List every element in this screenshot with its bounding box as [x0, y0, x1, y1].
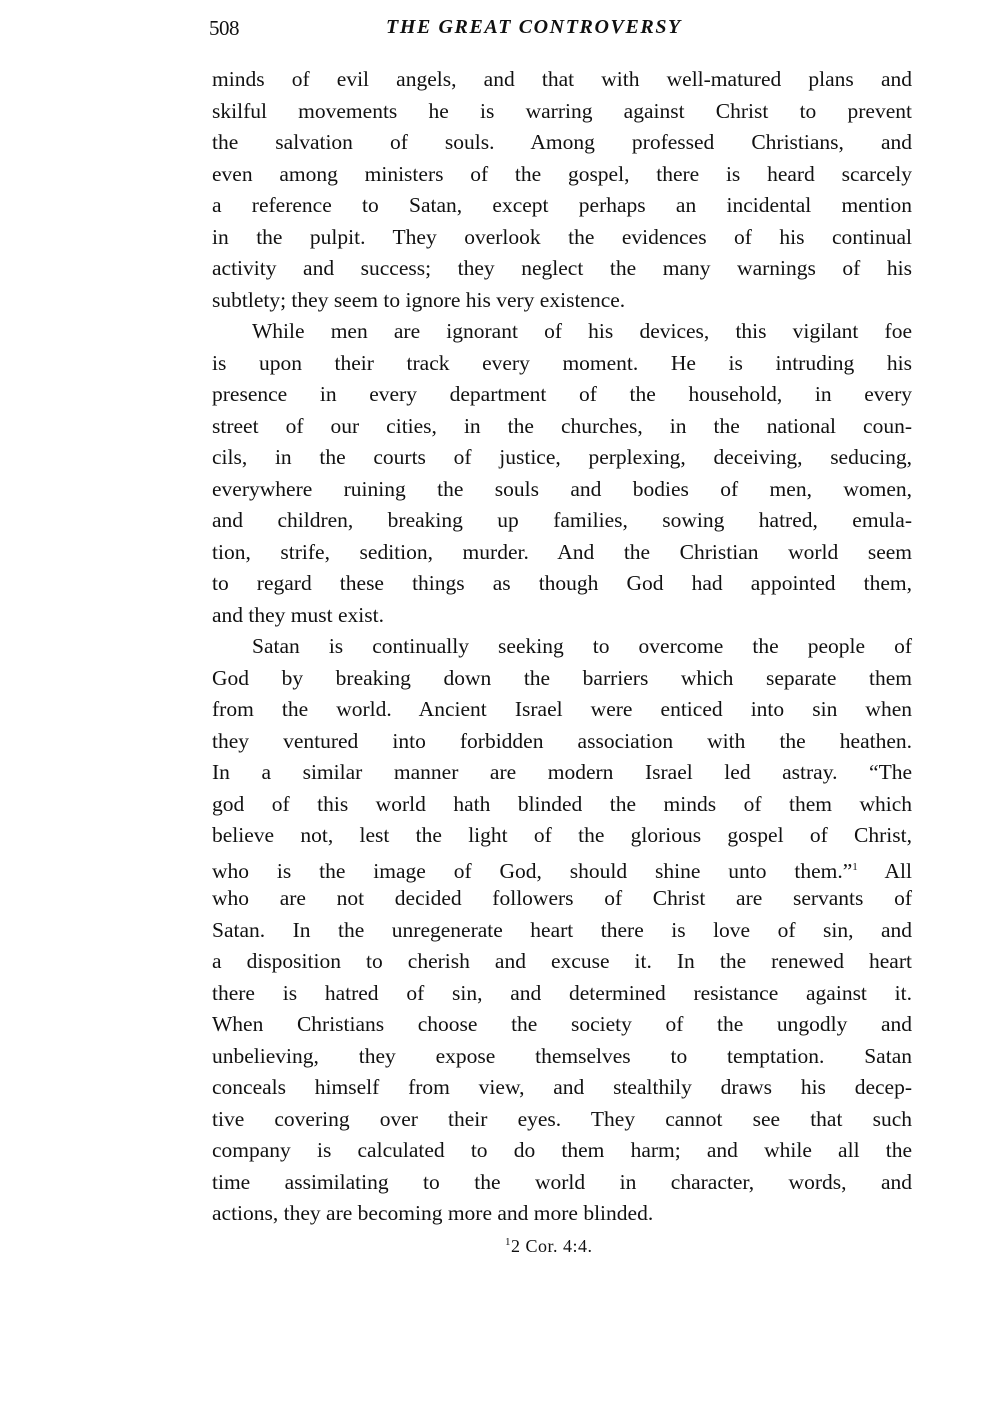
book-page: 508 THE GREAT CONTROVERSY minds of evil …: [0, 0, 1000, 1405]
text-line: who are not decided followers of Christ …: [212, 883, 912, 915]
text-line: minds of evil angels, and that with well…: [212, 64, 912, 96]
page-number: 508: [209, 16, 239, 41]
text-line: actions, they are becoming more and more…: [212, 1198, 912, 1230]
text-line: subtlety; they seem to ignore his very e…: [212, 285, 912, 317]
paragraph-1: minds of evil angels, and that with well…: [212, 64, 912, 316]
text-line: tive covering over their eyes. They cann…: [212, 1104, 912, 1136]
running-head: 508 THE GREAT CONTROVERSY: [209, 16, 909, 46]
text-line: time assimilating to the world in charac…: [212, 1167, 912, 1199]
text-line: Satan is continually seeking to overcome…: [212, 631, 912, 663]
text-line: they ventured into forbidden association…: [212, 726, 912, 758]
paragraph-2: While men are ignorant of his devices, t…: [212, 316, 912, 631]
text-line: the salvation of souls. Among professed …: [212, 127, 912, 159]
text-line: even among ministers of the gospel, ther…: [212, 159, 912, 191]
text-line: tion, strife, sedition, murder. And the …: [212, 537, 912, 569]
text-line: everywhere ruining the souls and bodies …: [212, 474, 912, 506]
quote-end-text: who is the image of God, should shine un…: [212, 859, 852, 883]
text-line: street of our cities, in the churches, i…: [212, 411, 912, 443]
text-line: god of this world hath blinded the minds…: [212, 789, 912, 821]
text-line: In a similar manner are modern Israel le…: [212, 757, 912, 789]
text-line: there is hatred of sin, and determined r…: [212, 978, 912, 1010]
text-line: activity and success; they neglect the m…: [212, 253, 912, 285]
text-line: skilful movements he is warring against …: [212, 96, 912, 128]
footnote-text: 2 Cor. 4:4.: [511, 1236, 593, 1256]
text-line: While men are ignorant of his devices, t…: [212, 316, 912, 348]
text-line: believe not, lest the light of the glori…: [212, 820, 912, 852]
text-line: and they must exist.: [212, 600, 912, 632]
text-line: a disposition to cherish and excuse it. …: [212, 946, 912, 978]
text-line: company is calculated to do them harm; a…: [212, 1135, 912, 1167]
text-line: to regard these things as though God had…: [212, 568, 912, 600]
body-text: minds of evil angels, and that with well…: [212, 64, 912, 1230]
text-line: When Christians choose the society of th…: [212, 1009, 912, 1041]
text-line: conceals himself from view, and stealthi…: [212, 1072, 912, 1104]
text-line: a reference to Satan, except perhaps an …: [212, 190, 912, 222]
text-line-with-footnote-ref: who is the image of God, should shine un…: [212, 852, 912, 884]
text-line: from the world. Ancient Israel were enti…: [212, 694, 912, 726]
line-continuation: All: [885, 859, 912, 883]
text-line: in the pulpit. They overlook the evidenc…: [212, 222, 912, 254]
text-line: presence in every department of the hous…: [212, 379, 912, 411]
running-title: THE GREAT CONTROVERSY: [386, 16, 682, 39]
text-line: unbelieving, they expose themselves to t…: [212, 1041, 912, 1073]
footnote-ref-mark[interactable]: 1: [852, 861, 858, 873]
paragraph-3: Satan is continually seeking to overcome…: [212, 631, 912, 1230]
text-line: and children, breaking up families, sowi…: [212, 505, 912, 537]
text-line: is upon their track every moment. He is …: [212, 348, 912, 380]
text-line: God by breaking down the barriers which …: [212, 663, 912, 695]
text-line: Satan. In the unregenerate heart there i…: [212, 915, 912, 947]
footnote-entry: 12 Cor. 4:4.: [505, 1236, 593, 1257]
text-line: cils, in the courts of justice, perplexi…: [212, 442, 912, 474]
